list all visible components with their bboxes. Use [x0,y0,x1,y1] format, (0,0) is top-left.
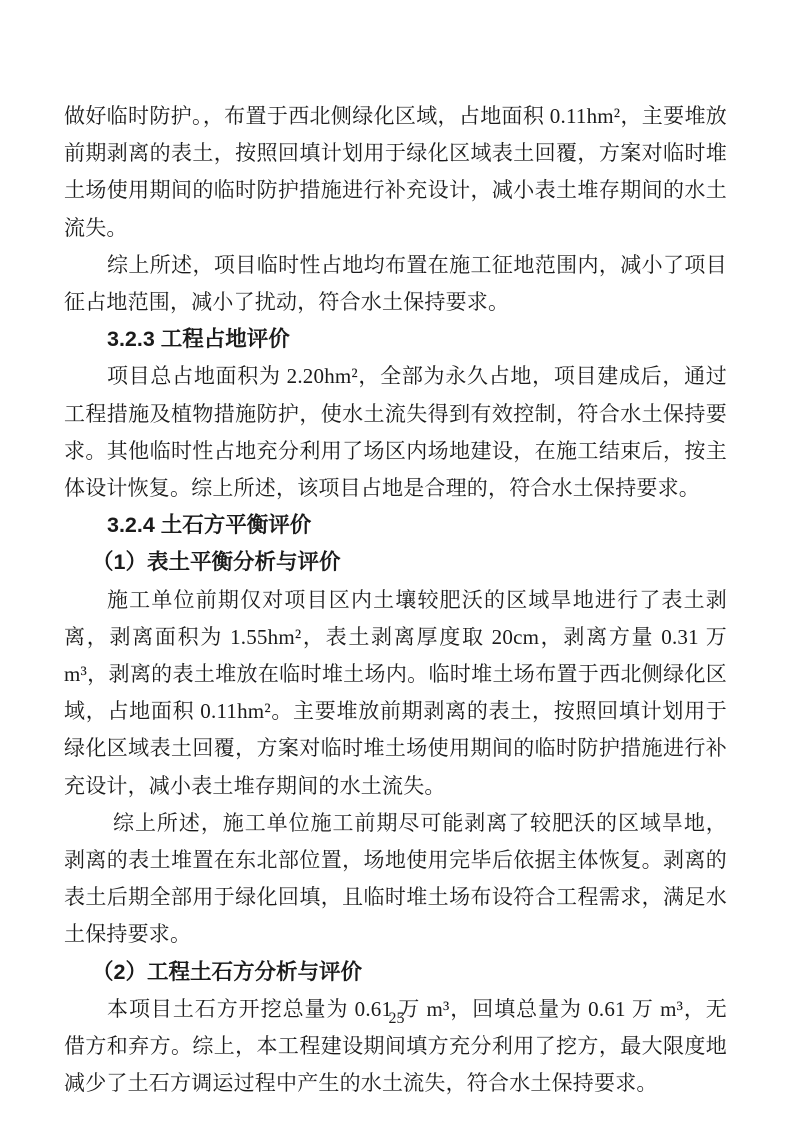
document-page: 做好临时防护。，布置于西北侧绿化区域，占地面积 0.11hm²，主要堆放前期剥离… [0,0,793,1122]
paragraph-temporary-land-summary: 综上所述，项目临时性占地均布置在施工征地范围内，减小了项目征占地范围，减小了扰动… [64,247,727,321]
section-heading-3-2-3: 3.2.3 工程占地评价 [64,321,727,358]
subsection-heading-topsoil-balance: （1）表土平衡分析与评价 [64,544,727,581]
paragraph-topsoil-summary: 综上所述，施工单位施工前期尽可能剥离了较肥沃的区域旱地，剥离的表土堆置在东北部位… [64,805,727,954]
paragraph-topsoil-stripping: 施工单位前期仅对项目区内土壤较肥沃的区域旱地进行了表土剥离，剥离面积为 1.55… [64,582,727,805]
paragraph-temporary-protection-continuation: 做好临时防护。，布置于西北侧绿化区域，占地面积 0.11hm²，主要堆放前期剥离… [64,98,727,247]
document-body: 做好临时防护。，布置于西北侧绿化区域，占地面积 0.11hm²，主要堆放前期剥离… [64,98,727,1102]
page-number: 25 [0,1009,793,1029]
section-heading-3-2-4: 3.2.4 土石方平衡评价 [64,507,727,544]
subsection-heading-earthwork-analysis: （2）工程土石方分析与评价 [64,954,727,991]
paragraph-earthwork-volumes: 本项目土石方开挖总量为 0.61 万 m³，回填总量为 0.61 万 m³，无借… [64,991,727,1103]
paragraph-total-land-occupation: 项目总占地面积为 2.20hm²，全部为永久占地，项目建成后，通过工程措施及植物… [64,358,727,507]
